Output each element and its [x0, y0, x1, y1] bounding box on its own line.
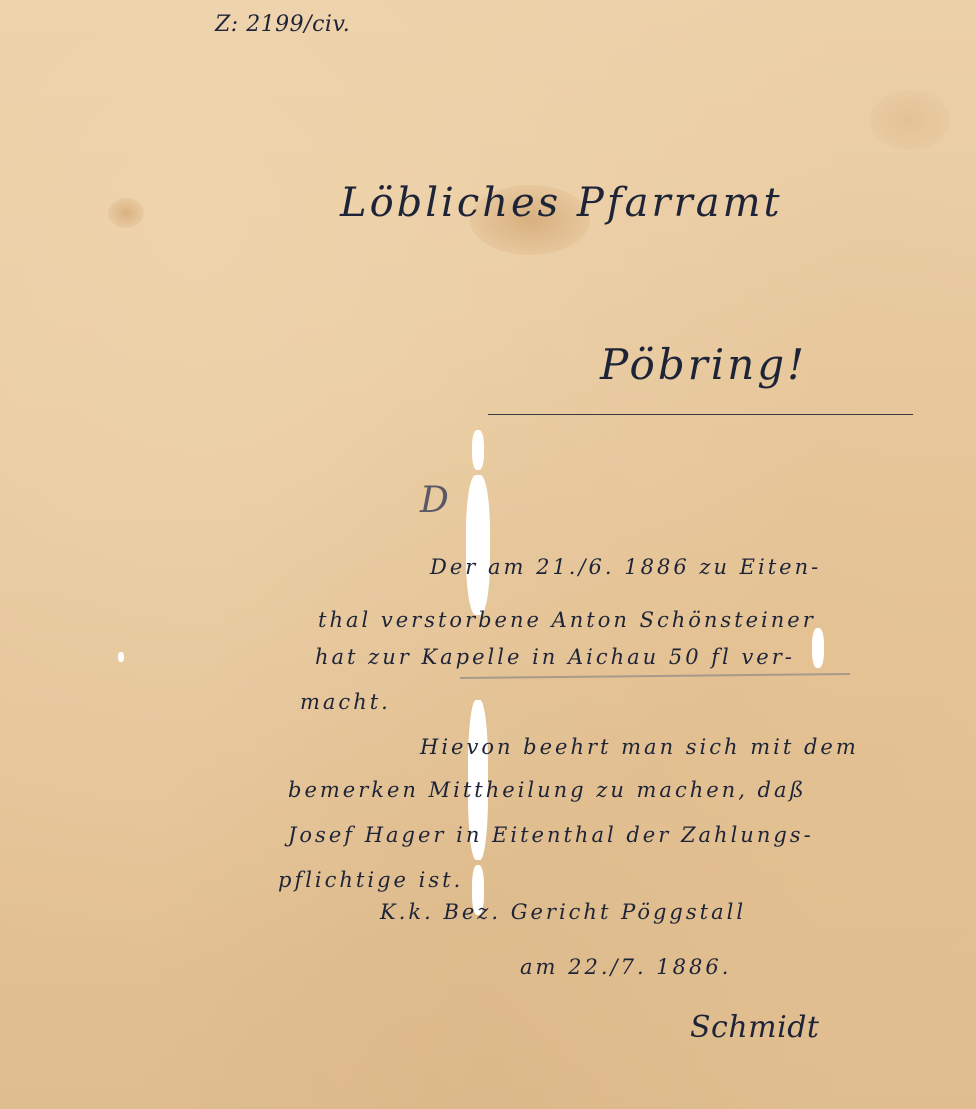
body-line: thal verstorbene Anton Schönsteiner: [318, 608, 816, 632]
letter-date: am 22./7. 1886.: [520, 955, 731, 979]
place-name: Pöbring!: [600, 340, 807, 389]
paper-hole-right: [812, 628, 824, 668]
body-line: pflichtige ist.: [278, 868, 463, 892]
water-stain-corner: [870, 90, 950, 150]
paper-hole-left: [118, 652, 124, 662]
signature: Schmidt: [690, 1010, 819, 1045]
body-line: Der am 21./6. 1886 zu Eiten-: [430, 555, 821, 579]
paper-hole-upper: [466, 475, 490, 615]
salutation: Löbliches Pfarramt: [340, 180, 783, 226]
paper-hole-top: [472, 430, 484, 470]
underline-rule: [488, 414, 913, 415]
water-stain-small: [108, 198, 144, 228]
body-line: Hievon beehrt man sich mit dem: [420, 735, 859, 759]
reference-number: Z: 2199/civ.: [215, 12, 350, 37]
body-line: macht.: [300, 690, 391, 714]
opening-initial: D: [420, 480, 449, 521]
closing-authority: K.k. Bez. Gericht Pöggstall: [380, 900, 746, 924]
body-line: hat zur Kapelle in Aichau 50 fl ver-: [315, 645, 795, 669]
body-line: bemerken Mittheilung zu machen, daß: [288, 778, 807, 802]
body-line: Josef Hager in Eitenthal der Zahlungs-: [288, 823, 814, 847]
